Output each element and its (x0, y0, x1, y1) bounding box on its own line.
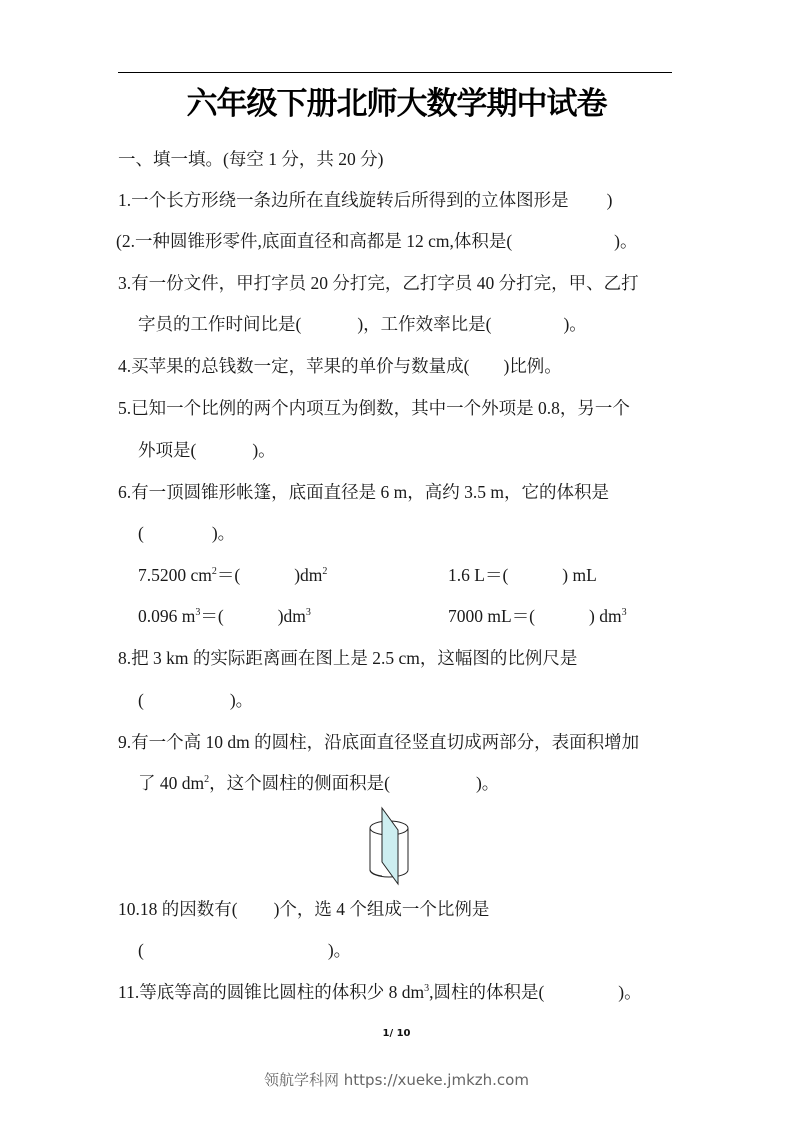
question-text: (2.一种圆锥形零件,底面直径和高都是 12 cm,体积是( (116, 231, 512, 251)
question-3-line-2: 字员的工作时间比是()，工作效率比是()。 (138, 313, 587, 335)
page-number: 1/ 10 (0, 1028, 793, 1039)
question-6-line-1: 6.有一顶圆锥形帐篷，底面直径是 6 m，高约 3.5 m，它的体积是 (118, 481, 609, 503)
bracket-close: )。 (212, 523, 235, 543)
question-5-line-2: 外项是()。 (138, 439, 276, 461)
question-text: 外项是( (138, 440, 196, 460)
question-text: ,圆柱的体积是( (429, 982, 544, 1002)
question-10-line-1: 10.18 的因数有()个，选 4 个组成一个比例是 (118, 898, 489, 920)
question-1: 1.一个长方形绕一条边所在直线旋转后所得到的立体图形是) (118, 189, 612, 211)
question-8-line-2: ()。 (138, 689, 253, 711)
bracket-close: ) (607, 190, 613, 210)
question-6-line-2: ()。 (138, 522, 235, 544)
header-rule (118, 72, 672, 73)
bracket-open: ( (138, 690, 144, 710)
question-text: 4.买苹果的总钱数一定，苹果的单价与数量成( (118, 356, 469, 376)
bracket-close: )。 (614, 231, 637, 251)
question-text: 1.一个长方形绕一条边所在直线旋转后所得到的立体图形是 (118, 190, 569, 210)
question-text: 0.096 m (138, 606, 195, 626)
question-text: )dm (278, 606, 306, 626)
question-text: ) dm (589, 606, 622, 626)
footer-watermark: 领航学科网 https://xueke.jmkzh.com (0, 1069, 793, 1090)
question-text: )dm (294, 565, 322, 585)
question-7-item-2: 1.6 L＝() mL (448, 564, 597, 586)
question-text: 7000 mL (448, 606, 512, 626)
question-text: 7.5200 cm (138, 565, 212, 585)
question-10-line-2: ()。 (138, 939, 351, 961)
question-3-line-1: 3.有一份文件，甲打字员 20 分打完，乙打字员 40 分打完，甲、乙打 (118, 272, 639, 294)
question-5-line-1: 5.已知一个比例的两个内项互为倒数，其中一个外项是 0.8，另一个 (118, 397, 630, 419)
question-text: )，工作效率比是( (357, 314, 491, 334)
question-text: 了 40 dm (138, 773, 204, 793)
question-8-line-1: 8.把 3 km 的实际距离画在图上是 2.5 cm，这幅图的比例尺是 (118, 647, 577, 669)
question-text: ＝( (200, 606, 223, 626)
question-7-item-4: 7000 mL＝() dm3 (448, 605, 627, 627)
bracket-close: )。 (563, 314, 586, 334)
question-text: ，这个圆柱的侧面积是( (209, 773, 390, 793)
question-7-item-3: 0.096 m3＝()dm3 (138, 605, 311, 627)
superscript: 3 (622, 607, 627, 618)
question-text: 1.6 L (448, 565, 485, 585)
superscript: 3 (306, 607, 311, 618)
question-text: ＝( (512, 606, 535, 626)
question-text: 字员的工作时间比是( (138, 314, 301, 334)
question-text: ＝( (485, 565, 508, 585)
question-9-line-1: 9.有一个高 10 dm 的圆柱，沿底面直径竖直切成两部分，表面积增加 (118, 731, 639, 753)
section-heading: 一、填一填。(每空 1 分，共 20 分) (118, 148, 383, 170)
question-2: (2.一种圆锥形零件,底面直径和高都是 12 cm,体积是()。 (116, 230, 638, 252)
bracket-open: ( (138, 523, 144, 543)
superscript: 2 (322, 566, 327, 577)
page-title: 六年级下册北师大数学期中试卷 (0, 78, 793, 123)
question-text: )个，选 4 个组成一个比例是 (274, 899, 490, 919)
question-4: 4.买苹果的总钱数一定，苹果的单价与数量成()比例。 (118, 355, 562, 377)
bracket-close: )。 (476, 773, 499, 793)
bracket-close: )。 (328, 940, 351, 960)
bracket-open: ( (138, 940, 144, 960)
question-text: )比例。 (503, 356, 561, 376)
question-text: ) mL (562, 565, 597, 585)
question-text: 11.等底等高的圆锥比圆柱的体积少 8 dm (118, 982, 424, 1002)
question-text: 10.18 的因数有( (118, 899, 238, 919)
question-7-item-1: 7.5200 cm2＝()dm2 (138, 564, 327, 586)
question-text: ＝( (217, 565, 240, 585)
bracket-close: )。 (252, 440, 275, 460)
bracket-close: )。 (618, 982, 641, 1002)
bracket-close: )。 (230, 690, 253, 710)
question-9-line-2: 了 40 dm2，这个圆柱的侧面积是()。 (138, 772, 499, 794)
cylinder-cut-diagram (364, 804, 416, 886)
question-11: 11.等底等高的圆锥比圆柱的体积少 8 dm3,圆柱的体积是()。 (118, 981, 642, 1003)
